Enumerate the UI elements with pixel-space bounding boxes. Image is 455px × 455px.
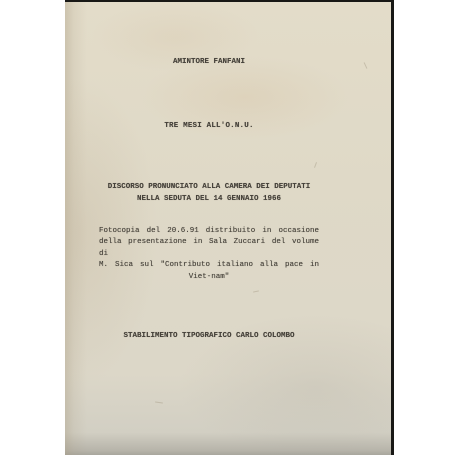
cover-author: AMINTORE FANFANI: [99, 58, 319, 66]
cover-subtitle-line-2: NELLA SEDUTA DEL 14 GENNAIO 1966: [99, 193, 319, 205]
paper-fiber: [314, 162, 317, 168]
note-line-2: della presentazione in Sala Zuccari del …: [99, 237, 319, 260]
paper-fiber: [253, 290, 259, 292]
cover-subtitle: DISCORSO PRONUNCIATO ALLA CAMERA DEI DEP…: [99, 181, 319, 206]
note-line-3: M. Sica sul "Contributo italiano alla pa…: [99, 260, 319, 271]
cover-publisher: STABILIMENTO TIPOGRAFICO CARLO COLOMBO: [99, 332, 319, 340]
cover-title: TRE MESI ALL'O.N.U.: [99, 122, 319, 130]
cover-photocopy-note: Fotocopia del 20.6.91 distribuito in occ…: [99, 226, 319, 283]
note-line-4: Viet-nam": [99, 272, 319, 283]
booklet-cover-page: AMINTORE FANFANI TRE MESI ALL'O.N.U. DIS…: [65, 0, 394, 455]
note-line-1: Fotocopia del 20.6.91 distribuito in occ…: [99, 226, 319, 237]
cover-subtitle-line-1: DISCORSO PRONUNCIATO ALLA CAMERA DEI DEP…: [99, 181, 319, 193]
paper-fiber: [155, 401, 163, 403]
paper-fiber: [364, 62, 368, 69]
scanned-page-background: AMINTORE FANFANI TRE MESI ALL'O.N.U. DIS…: [0, 0, 455, 455]
